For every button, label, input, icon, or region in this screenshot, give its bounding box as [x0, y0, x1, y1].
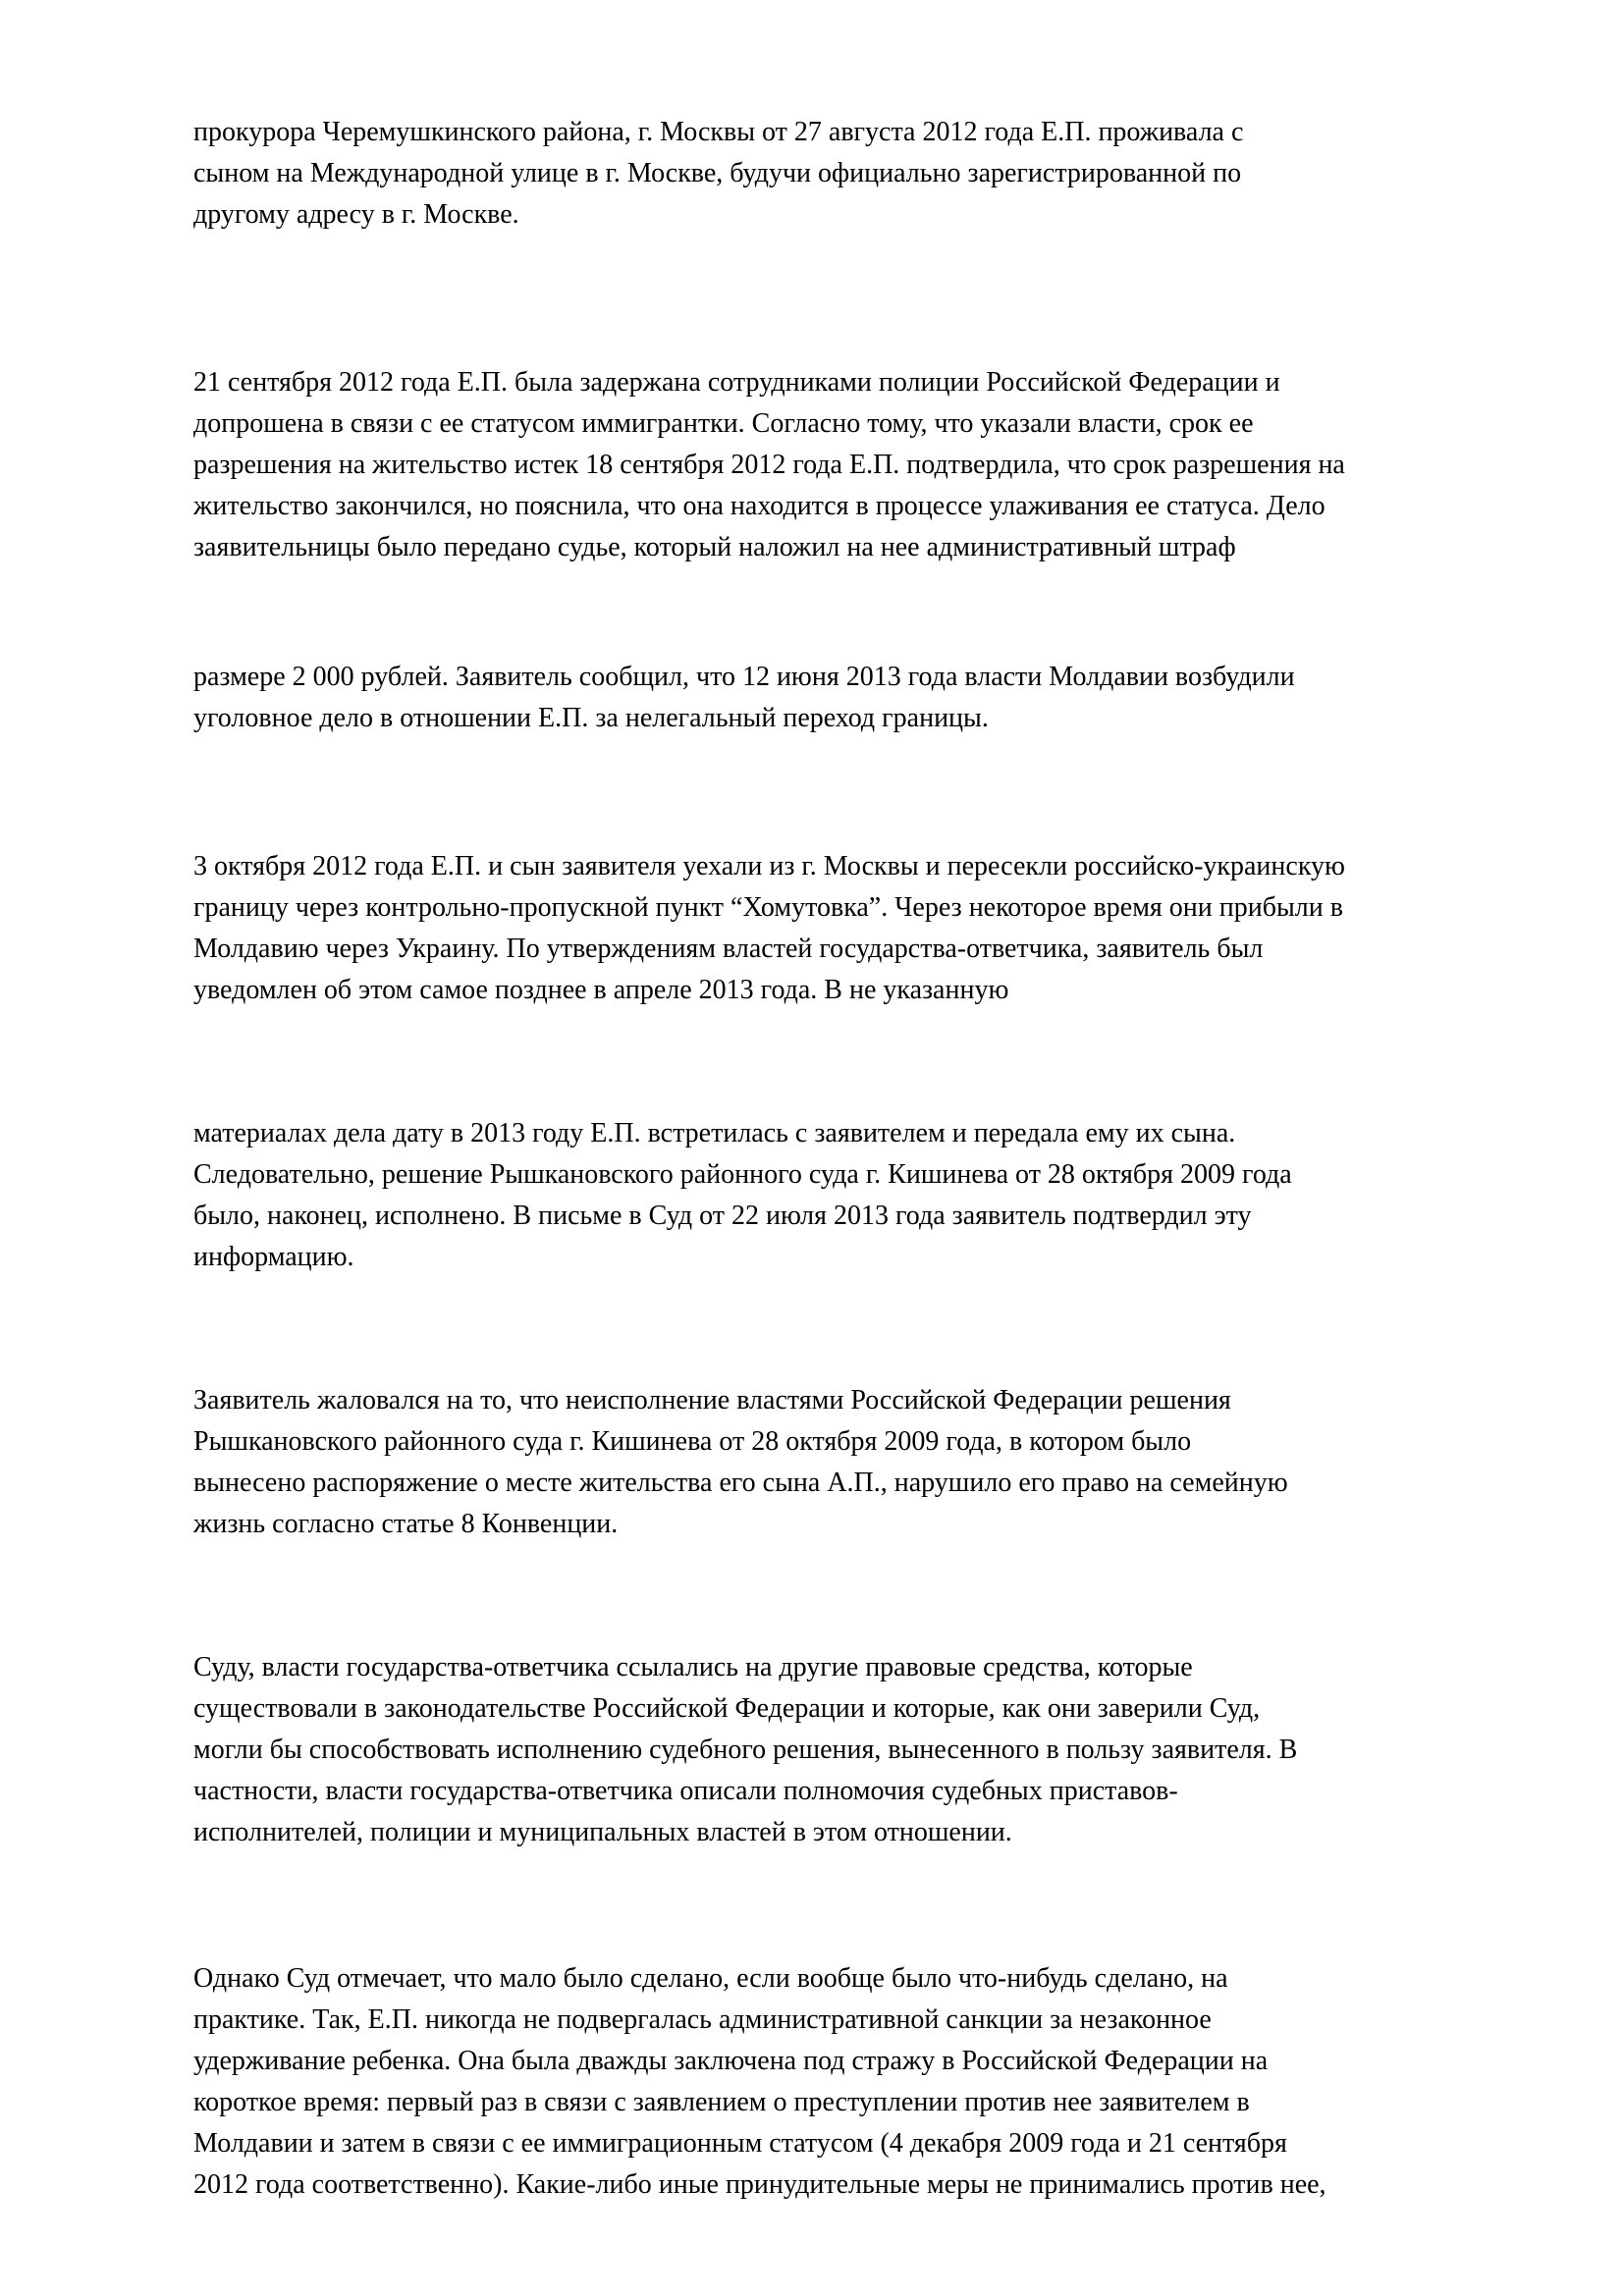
- text-line: частности, власти государства-ответчика …: [193, 1771, 1568, 1812]
- text-line: Заявитель жаловался на то, что неисполне…: [193, 1380, 1568, 1421]
- text-line: 21 сентября 2012 года Е.П. была задержан…: [193, 362, 1568, 403]
- text-line: уголовное дело в отношении Е.П. за нелег…: [193, 698, 1568, 739]
- text-line: жительство закончился, но пояснила, что …: [193, 486, 1568, 527]
- text-line: короткое время: первый раз в связи с зая…: [193, 2082, 1568, 2123]
- text-line: Молдавию через Украину. По утверждениям …: [193, 929, 1568, 970]
- text-line: могли бы способствовать исполнению судеб…: [193, 1730, 1568, 1771]
- paragraph-fine: размере 2 000 рублей. Заявитель сообщил,…: [193, 657, 1568, 739]
- paragraph-complaint: Заявитель жаловался на то, что неисполне…: [193, 1380, 1568, 1545]
- paragraph-meeting: материалах дела дату в 2013 году Е.П. вс…: [193, 1113, 1568, 1278]
- text-line: допрошена в связи с ее статусом иммигран…: [193, 403, 1568, 445]
- text-line: размере 2 000 рублей. Заявитель сообщил,…: [193, 657, 1568, 698]
- text-line: Суду, власти государства-ответчика ссыла…: [193, 1647, 1568, 1688]
- paragraph-detention: 21 сентября 2012 года Е.П. была задержан…: [193, 362, 1568, 568]
- document-page: прокурора Черемушкинского района, г. Мос…: [0, 0, 1623, 2296]
- text-line: прокурора Черемушкинского района, г. Мос…: [193, 112, 1568, 153]
- text-line: 3 октября 2012 года Е.П. и сын заявителя…: [193, 846, 1568, 887]
- text-line: Однако Суд отмечает, что мало было сдела…: [193, 1958, 1568, 2000]
- text-line: сыном на Международной улице в г. Москве…: [193, 153, 1568, 194]
- text-line: другому адресу в г. Москве.: [193, 194, 1568, 236]
- text-line: практике. Так, Е.П. никогда не подвергал…: [193, 2000, 1568, 2041]
- text-line: исполнителей, полиции и муниципальных вл…: [193, 1812, 1568, 1853]
- text-line: было, наконец, исполнено. В письме в Суд…: [193, 1196, 1568, 1237]
- text-line: 2012 года соответственно). Какие-либо ин…: [193, 2164, 1568, 2206]
- paragraph-departure: 3 октября 2012 года Е.П. и сын заявителя…: [193, 846, 1568, 1011]
- text-line: вынесено распоряжение о месте жительства…: [193, 1463, 1568, 1504]
- text-line: Рышкановского районного суда г. Кишинева…: [193, 1421, 1568, 1463]
- text-line: материалах дела дату в 2013 году Е.П. вс…: [193, 1113, 1568, 1154]
- text-line: Молдавии и затем в связи с ее иммиграцио…: [193, 2123, 1568, 2164]
- text-line: жизнь согласно статье 8 Конвенции.: [193, 1504, 1568, 1545]
- text-line: уведомлен об этом самое позднее в апреле…: [193, 970, 1568, 1011]
- text-line: разрешения на жительство истек 18 сентяб…: [193, 445, 1568, 486]
- paragraph-court-assessment: Однако Суд отмечает, что мало было сдела…: [193, 1958, 1568, 2206]
- text-line: Следовательно, решение Рышкановского рай…: [193, 1154, 1568, 1196]
- text-line: границу через контрольно-пропускной пунк…: [193, 887, 1568, 929]
- paragraph-residence: прокурора Черемушкинского района, г. Мос…: [193, 112, 1568, 236]
- paragraph-remedies: Суду, власти государства-ответчика ссыла…: [193, 1647, 1568, 1853]
- text-line: удерживание ребенка. Она была дважды зак…: [193, 2041, 1568, 2082]
- text-line: заявительницы было передано судье, котор…: [193, 527, 1568, 568]
- text-line: информацию.: [193, 1237, 1568, 1278]
- text-line: существовали в законодательстве Российск…: [193, 1688, 1568, 1730]
